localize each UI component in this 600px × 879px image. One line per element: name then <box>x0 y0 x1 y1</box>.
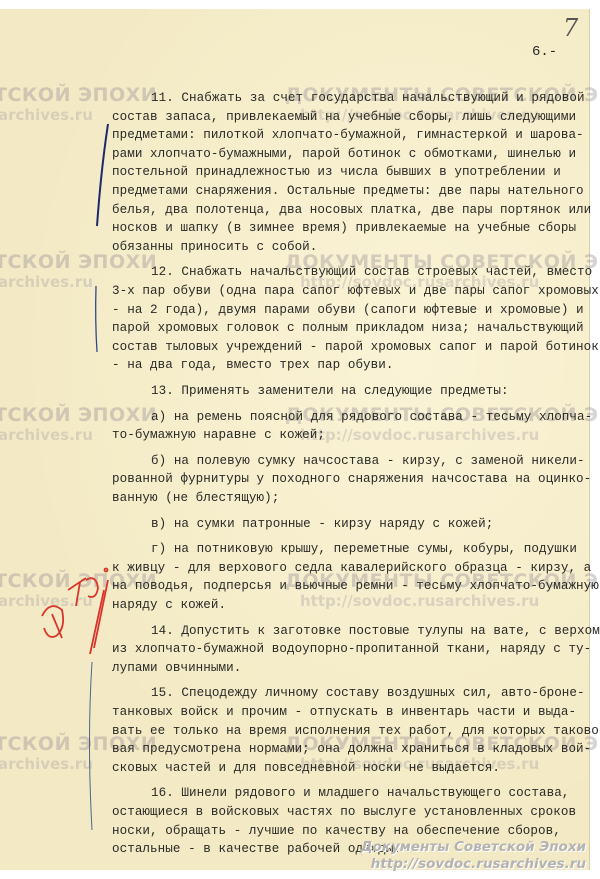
margin-marks <box>0 0 600 879</box>
red-annotation-icon <box>42 569 108 655</box>
blue-margin-line-3 <box>90 662 93 830</box>
blue-margin-line-2 <box>96 286 97 352</box>
footer-watermark-title: Документы Советской Эпохи <box>361 839 587 855</box>
footer-watermark-url[interactable]: http://sovdoc.rusarchives.ru <box>371 856 586 872</box>
blue-margin-line-1 <box>97 124 108 226</box>
